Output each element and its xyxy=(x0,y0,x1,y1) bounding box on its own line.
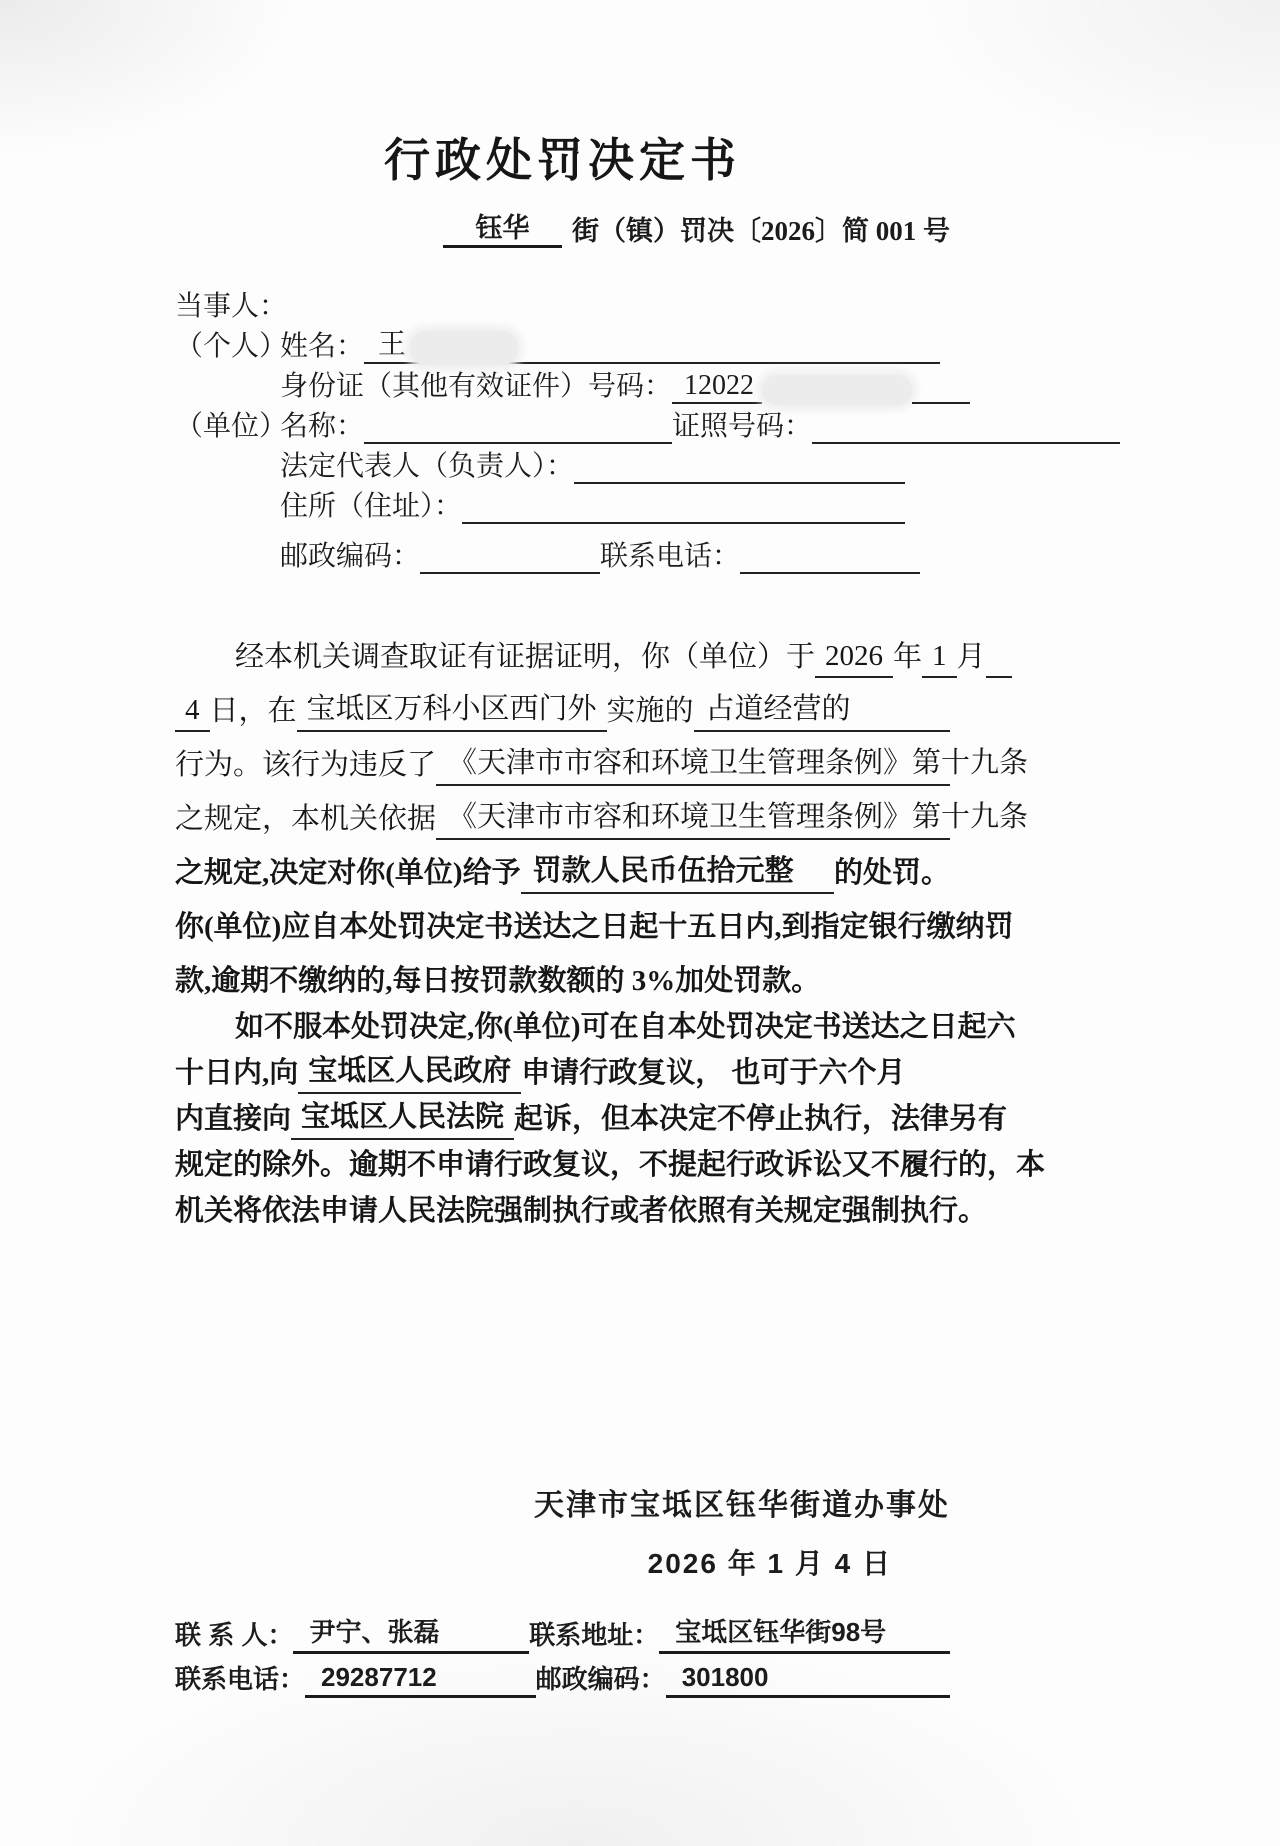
body-line: 机关将依法申请人民法院强制执行或者依照有关规定强制执行。 xyxy=(175,1186,950,1232)
body-text: 内直接向 xyxy=(175,1096,291,1140)
fill-month: 1 xyxy=(922,640,957,678)
contact-address-value: 宝坻区钰华街98号 xyxy=(659,1612,950,1654)
issue-date: 2026 年 1 月 4 日 xyxy=(175,1542,950,1584)
footer-contact-block: 联 系 人： 尹宁、张磊 联系地址： 宝坻区钰华街98号 联系电话： 29287… xyxy=(175,1610,950,1698)
postcode-phone-row: 邮政编码： 联系电话： xyxy=(175,534,920,574)
body-line: 4 日，在 宝坻区万科小区西门外 实施的 占道经营的 xyxy=(175,678,950,732)
body-text: 的处罚。 xyxy=(834,850,950,894)
legal-rep-label: 法定代表人（负责人）： xyxy=(280,444,574,484)
id-value: 12022 xyxy=(672,370,762,404)
paragraph-findings: 经本机关调查取证有证据证明，你（单位）于 2026 年 1 月 4 日，在 宝坻… xyxy=(175,624,950,1002)
party-heading-row: 当事人： xyxy=(175,282,950,324)
contact-person-label: 联 系 人： xyxy=(175,1615,293,1654)
license-blank xyxy=(812,442,1120,444)
redaction-blur xyxy=(410,331,518,365)
body-text: 规定的除外。逾期不申请行政复议，不提起行政诉讼又不履行的，本 xyxy=(175,1142,1045,1186)
footer-postcode-label: 邮政编码： xyxy=(536,1659,666,1698)
body-text: 日，在 xyxy=(210,688,297,732)
body-line: 内直接向 宝坻区人民法院 起诉，但本决定不停止执行，法律另有 xyxy=(175,1094,950,1140)
unit-name-row: （单位） 名称： 证照号码： xyxy=(175,404,1120,444)
footer-postcode-value: 301800 xyxy=(666,1662,950,1698)
person-name-row: （个人） 姓名： 王 xyxy=(175,324,940,364)
body-text: 如不服本处罚决定,你(单位)可在自本处罚决定书送达之日起六 xyxy=(175,1004,1016,1048)
contact-person-value: 尹宁、张磊 xyxy=(293,1612,529,1654)
doc-number-text: 街（镇）罚决〔2026〕简 001 号 xyxy=(572,209,950,248)
redaction-blur xyxy=(762,375,912,405)
body-line: 行为。该行为违反了 《天津市市容和环境卫生管理条例》第十九条 xyxy=(175,732,950,786)
fill-basis-law: 《天津市市容和环境卫生管理条例》第十九条 xyxy=(436,794,950,840)
body-text: 款,逾期不缴纳的,每日按罚款数额的 3%加处罚款。 xyxy=(175,958,820,1002)
body-text: 你(单位)应自本处罚决定书送达之日起十五日内,到指定银行缴纳罚 xyxy=(175,904,1014,948)
document-number-line: 钰华 街（镇）罚决〔2026〕简 001 号 xyxy=(175,208,950,248)
body-line: 规定的除外。逾期不申请行政复议，不提起行政诉讼又不履行的，本 xyxy=(175,1140,950,1186)
contact-phone-label: 联系电话： xyxy=(175,1659,305,1698)
fill-day: 4 xyxy=(175,694,210,732)
blank-tail xyxy=(986,676,1012,678)
fill-review-authority: 宝坻区人民政府 xyxy=(298,1048,521,1094)
body-text: 年 xyxy=(893,634,922,678)
body-text: 经本机关调查取证有证据证明，你（单位）于 xyxy=(175,634,815,678)
party-section: 当事人： （个人） 姓名： 王 身份证（其他有效证件）号码： 12022 （单位… xyxy=(175,282,950,574)
body-line: 款,逾期不缴纳的,每日按罚款数额的 3%加处罚款。 xyxy=(175,948,950,1002)
body-text: 十日内,向 xyxy=(175,1050,298,1094)
id-label: 身份证（其他有效证件）号码： xyxy=(280,364,672,404)
issuing-authority: 天津市宝坻区钰华街道办事处 xyxy=(175,1480,950,1524)
license-label: 证照号码： xyxy=(672,404,812,444)
unit-prefix: （单位） xyxy=(175,404,280,444)
address-blank xyxy=(462,522,905,524)
fill-violated-law: 《天津市市容和环境卫生管理条例》第十九条 xyxy=(436,740,950,786)
fill-court: 宝坻区人民法院 xyxy=(291,1094,514,1140)
party-heading: 当事人： xyxy=(175,284,287,324)
legal-rep-blank xyxy=(574,482,905,484)
address-label: 住所（住址）： xyxy=(280,484,462,524)
document-title: 行政处罚决定书 xyxy=(175,128,950,194)
body-line: 经本机关调查取证有证据证明，你（单位）于 2026 年 1 月 xyxy=(175,624,950,678)
name-value: 王 xyxy=(378,322,406,362)
phone-label: 联系电话： xyxy=(600,534,740,574)
body-line: 十日内,向 宝坻区人民政府 申请行政复议， 也可于六个月 xyxy=(175,1048,950,1094)
body-line: 你(单位)应自本处罚决定书送达之日起十五日内,到指定银行缴纳罚 xyxy=(175,894,950,948)
fill-place: 宝坻区万科小区西门外 xyxy=(297,686,607,732)
body-text: 之规定，本机关依据 xyxy=(175,796,436,840)
body-line: 如不服本处罚决定,你(单位)可在自本处罚决定书送达之日起六 xyxy=(175,1002,950,1048)
body-text: 起诉，但本决定不停止执行，法律另有 xyxy=(514,1096,1007,1140)
fill-year: 2026 xyxy=(815,640,893,678)
address-row: 住所（住址）： xyxy=(175,484,905,524)
document-page: 行政处罚决定书 钰华 街（镇）罚决〔2026〕简 001 号 当事人： （个人）… xyxy=(175,0,950,1698)
fill-conduct: 占道经营的 xyxy=(694,686,950,732)
person-prefix: （个人） xyxy=(175,324,280,364)
footer-row-phone: 联系电话： 29287712 邮政编码： 301800 xyxy=(175,1654,950,1698)
id-blank-tail xyxy=(912,402,970,404)
contact-address-label: 联系地址： xyxy=(529,1615,659,1654)
postcode-label: 邮政编码： xyxy=(280,534,420,574)
body-text: 之规定,决定对你(单位)给予 xyxy=(175,850,521,894)
postcode-blank xyxy=(420,572,600,574)
doc-number-blank-value: 钰华 xyxy=(443,206,562,248)
fill-penalty: 罚款人民币伍拾元整 xyxy=(521,848,834,894)
body-line: 之规定,决定对你(单位)给予 罚款人民币伍拾元整 的处罚。 xyxy=(175,840,950,894)
body-text: 实施的 xyxy=(607,688,694,732)
unit-name-label: 名称： xyxy=(280,404,364,444)
legal-rep-row: 法定代表人（负责人）： xyxy=(175,444,905,484)
body-line: 之规定，本机关依据 《天津市市容和环境卫生管理条例》第十九条 xyxy=(175,786,950,840)
footer-row-contact: 联 系 人： 尹宁、张磊 联系地址： 宝坻区钰华街98号 xyxy=(175,1610,950,1654)
id-number-row: 身份证（其他有效证件）号码： 12022 xyxy=(175,364,1120,404)
contact-phone-value: 29287712 xyxy=(305,1662,536,1698)
phone-blank xyxy=(740,572,920,574)
body-text: 行为。该行为违反了 xyxy=(175,742,436,786)
body-text: 申请行政复议， 也可于六个月 xyxy=(521,1050,905,1094)
body-text: 月 xyxy=(957,634,986,678)
name-value-field: 王 xyxy=(364,322,940,364)
paragraph-remedies: 如不服本处罚决定,你(单位)可在自本处罚决定书送达之日起六 十日内,向 宝坻区人… xyxy=(175,1002,950,1232)
name-label: 姓名： xyxy=(280,324,364,364)
body-text: 机关将依法申请人民法院强制执行或者依照有关规定强制执行。 xyxy=(175,1188,987,1232)
